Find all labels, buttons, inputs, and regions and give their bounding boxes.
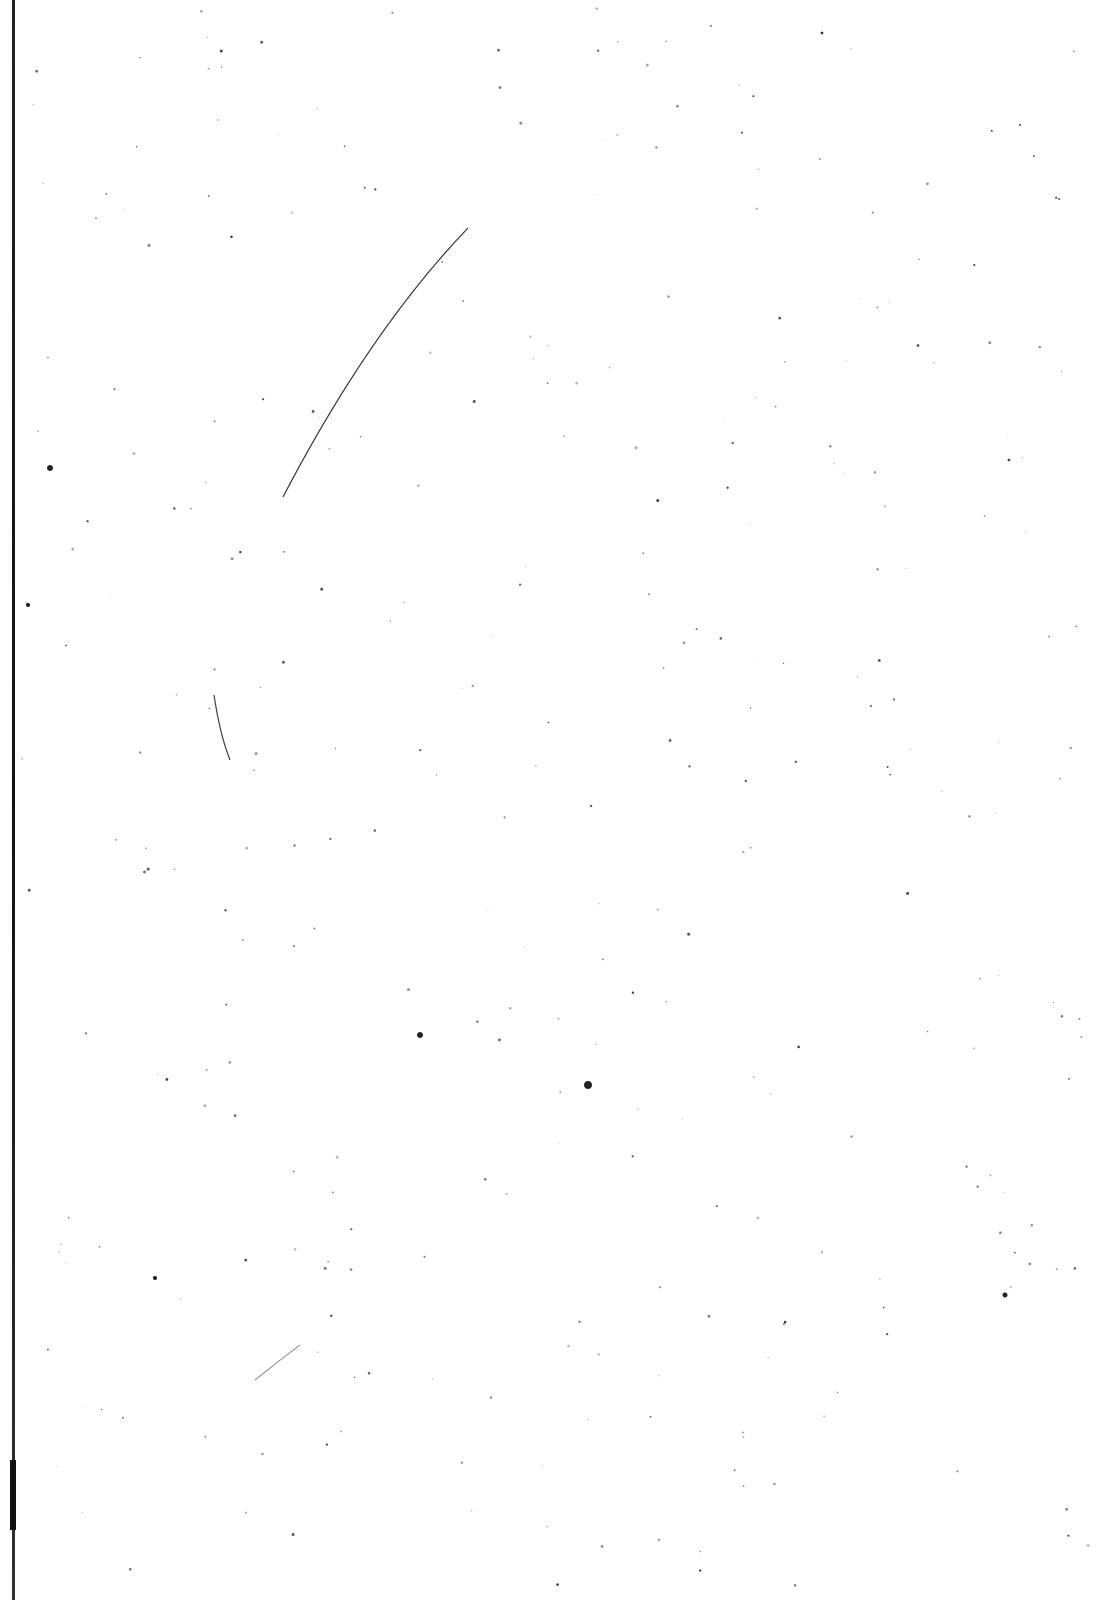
pen-stroke xyxy=(283,228,468,497)
pen-stroke xyxy=(214,695,230,760)
scanned-page xyxy=(0,0,1108,1600)
pen-stroke xyxy=(255,1345,300,1380)
scan-speckles xyxy=(0,0,1108,1600)
